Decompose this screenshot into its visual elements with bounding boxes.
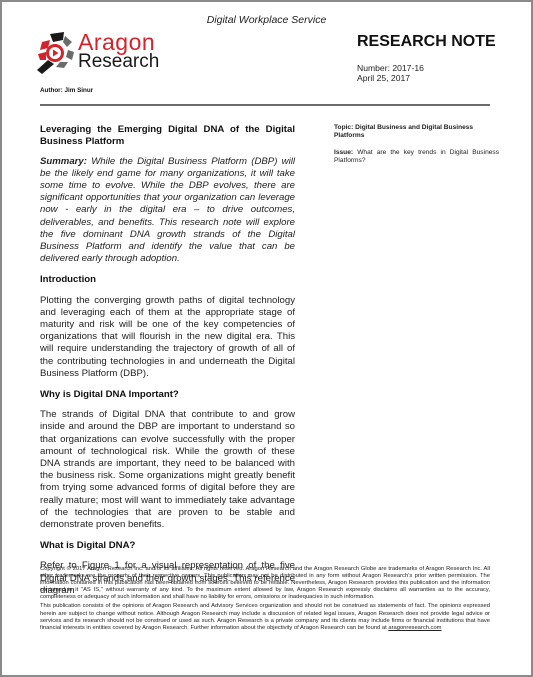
summary-text: While the Digital Business Platform (DBP… — [40, 156, 295, 265]
section-body-introduction: Plotting the converging growth paths of … — [40, 295, 295, 380]
copyright-paragraph: Copyright © 2017 Aragon Research Inc. an… — [40, 566, 490, 601]
disclaimer-paragraph: This publication consists of the opinion… — [40, 603, 490, 631]
summary-label: Summary: — [40, 156, 87, 167]
header-divider — [40, 104, 490, 106]
aragon-globe-icon — [36, 30, 76, 76]
article-body: Leveraging the Emerging Digital DNA of t… — [40, 124, 295, 606]
article-title: Leveraging the Emerging Digital DNA of t… — [40, 124, 295, 148]
section-body-why-important: The strands of Digital DNA that contribu… — [40, 409, 295, 531]
issue-text: Issue: What are the key trends in Digita… — [334, 149, 499, 166]
section-heading-introduction: Introduction — [40, 274, 295, 286]
summary-paragraph: Summary: While the Digital Business Plat… — [40, 156, 295, 266]
document-type-title: RESEARCH NOTE — [357, 33, 496, 51]
legal-footer: Copyright © 2017 Aragon Research Inc. an… — [40, 566, 490, 634]
issue-label: Issue: — [334, 149, 353, 156]
author-line: Author: Jim Sinur — [40, 87, 93, 94]
logo-word-research: Research — [78, 52, 159, 72]
document-number: Number: 2017-16 — [357, 63, 424, 73]
section-heading-why-important: Why is Digital DNA Important? — [40, 389, 295, 401]
issue-body: What are the key trends in Digital Busin… — [334, 149, 499, 164]
aragon-website-link[interactable]: aragonresearch.com — [388, 625, 441, 631]
sidebar-metadata: Topic: Digital Business and Digital Busi… — [334, 124, 499, 166]
topic-text: Topic: Digital Business and Digital Busi… — [334, 124, 499, 141]
aragon-logo: Aragon Research — [36, 30, 176, 76]
section-heading-what-is: What is Digital DNA? — [40, 540, 295, 552]
document-date: April 25, 2017 — [357, 73, 410, 83]
service-name: Digital Workplace Service — [0, 14, 533, 26]
